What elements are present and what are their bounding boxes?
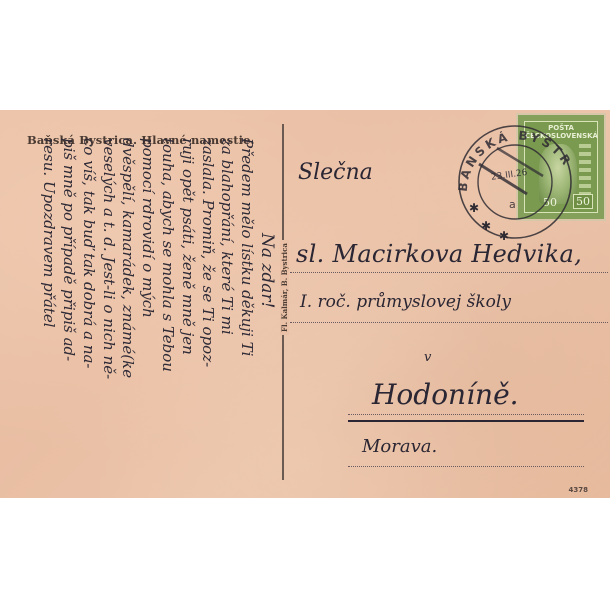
stamp-country: POŠTA ČESKOSLOVENSKÁ <box>525 124 597 140</box>
address-dotted-line <box>290 322 608 323</box>
stamp-value-left: 50 <box>543 196 557 209</box>
message-line: dvěspělí, kamarádek, známé(ke <box>118 138 138 496</box>
publisher-imprint: Fl. Kalmár, B. Bystrica <box>280 240 289 335</box>
address-dotted-line <box>348 466 584 467</box>
message-line: pomocí rdrovidí o mých <box>137 138 157 496</box>
message-line: resu. Upozdravem přátel <box>38 138 58 496</box>
address-underline <box>348 420 584 422</box>
address-dotted-line <box>348 414 584 415</box>
message-line: Předem mělo lístku děkuji Ti <box>236 138 256 496</box>
address-dotted-line <box>290 272 608 273</box>
stamp-frame: POŠTA ČESKOSLOVENSKÁ 50 50 <box>524 121 598 213</box>
address-title: Slečna <box>298 160 373 185</box>
address-town: Hodoníně. <box>372 378 519 411</box>
svg-text:✱: ✱ <box>481 219 491 233</box>
address-school: I. roč. průmyslovej školy <box>300 292 511 312</box>
address-region: Morava. <box>362 436 437 457</box>
handwritten-message: Na zdar! Předem mělo lístku děkuji Ti za… <box>6 138 276 496</box>
message-text: Na zdar! Předem mělo lístku děkuji Ti za… <box>38 138 276 496</box>
postcard: Baňská Bystrica. Hlavné namestie. Fl. Ka… <box>0 110 610 498</box>
portrait-stamp-icon <box>539 144 577 204</box>
address-preposition: v <box>424 350 431 365</box>
postage-stamp: POŠTA ČESKOSLOVENSKÁ 50 50 <box>518 115 604 219</box>
message-line: ruji opět psáti, ženě mně jen <box>177 138 197 496</box>
stamp-country-line1: POŠTA <box>525 124 597 132</box>
stamp-value: 50 <box>573 194 593 209</box>
message-line: touha, abych se mohla s Tebou <box>157 138 177 496</box>
message-greeting: Na zdar! <box>256 138 276 496</box>
message-line: za blahopřání, které Ti mi <box>217 138 237 496</box>
message-line: zaslala. Promiň, že se Ti opoz- <box>197 138 217 496</box>
message-line: piš mně po případě připiš ad- <box>58 138 78 496</box>
stamp-country-line2: ČESKOSLOVENSKÁ <box>525 132 597 140</box>
postmark-letter: a <box>509 198 516 211</box>
serial-number: 4378 <box>569 486 588 494</box>
svg-text:✱: ✱ <box>469 201 479 215</box>
address-name: sl. Macirkova Hedvika, <box>296 240 582 268</box>
message-line: veselých a t. d. Jest-li o nich ně- <box>98 138 118 496</box>
message-line: co víš, tak buď tak dobrá a na- <box>78 138 98 496</box>
